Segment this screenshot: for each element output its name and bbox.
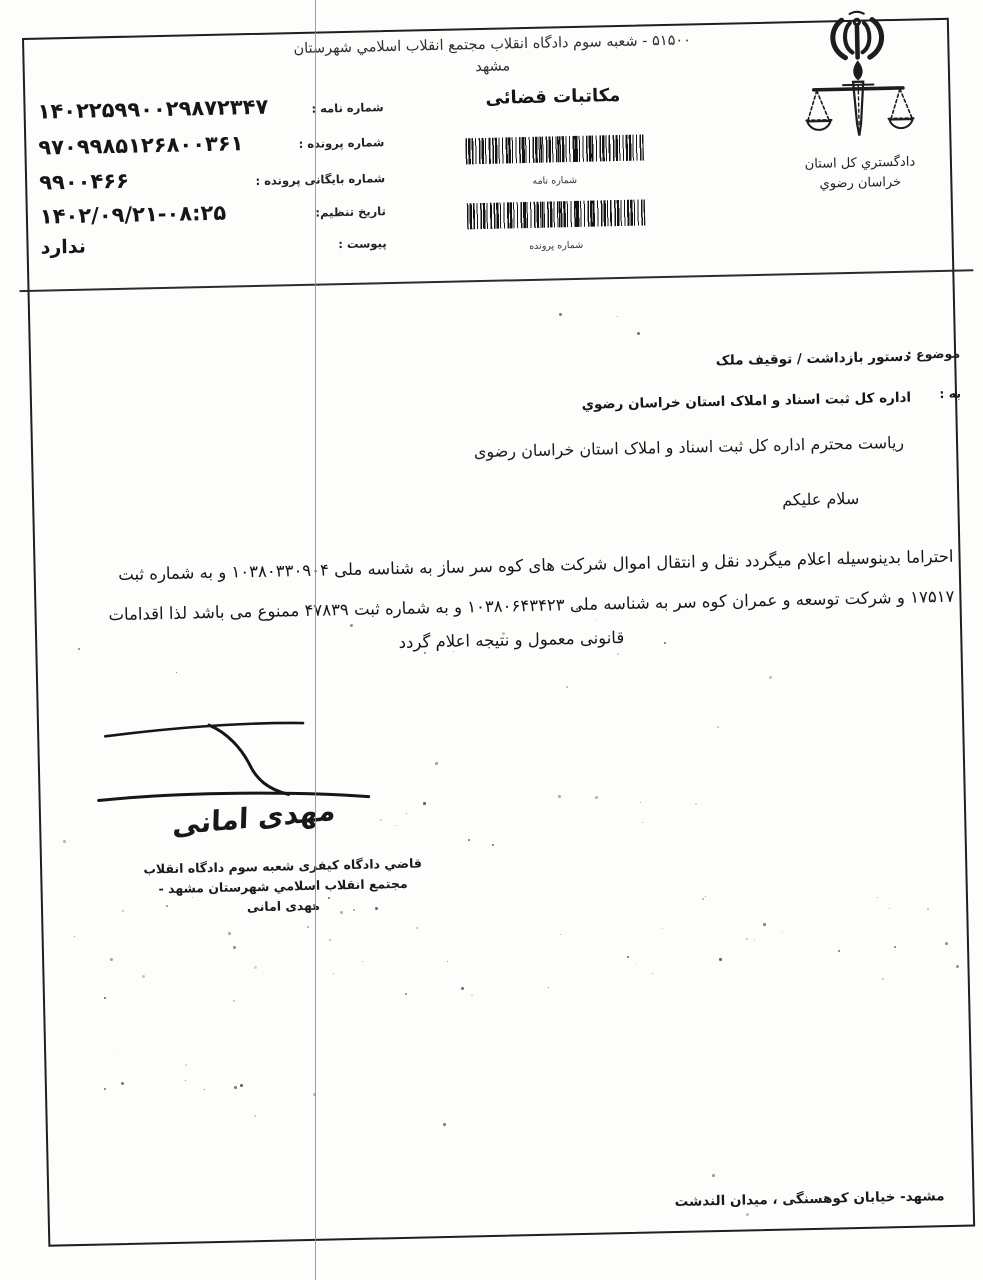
org-line2: خراسان رضوي: [795, 172, 925, 194]
center-title-block: مکاتبات قضائی شماره نامه شماره پرونده: [440, 84, 669, 254]
case-number-barcode-label: شماره پرونده: [444, 238, 669, 254]
document-title: مکاتبات قضائی: [440, 84, 665, 110]
judiciary-emblem-block: دادگستري کل استان خراسان رضوي: [792, 8, 926, 194]
letter-number-barcode: [465, 134, 644, 164]
body-text-line2: ۱۷۵۱۷ و شرکت توسعه و عمران کوه سر به شنا…: [108, 587, 954, 624]
org-line1: دادگستري کل استان: [795, 152, 925, 174]
letter-number-barcode-label: شماره نامه: [442, 173, 667, 189]
date-label: تاریخ تنظیم:: [315, 204, 386, 220]
case-number-value: ۹۷۰۹۹۸۵۱۲۶۸۰۰۳۶۱: [38, 131, 244, 159]
to-label: به :: [939, 386, 961, 401]
justice-scales-emblem-icon: [801, 9, 916, 153]
attachment-value: ندارد: [40, 236, 86, 259]
court-branch-header: ۵۱۵۰۰ - شعبه سوم دادگاه انقلاب مجتمع انق…: [172, 27, 813, 86]
subject-value: دستور بازداشت / توقیف ملک: [716, 349, 911, 369]
greeting-line: سلام علیکم: [782, 489, 860, 510]
body-text-line1: احتراما بدینوسیله اعلام میگردد نقل و انت…: [118, 547, 954, 584]
letter-number-label: شماره نامه :: [311, 100, 383, 116]
case-number-label: شماره پرونده :: [298, 135, 384, 151]
to-value: اداره کل ثبت اسناد و املاک استان خراسان …: [582, 390, 912, 413]
date-value: ۱۴۰۲/۰۹/۲۱-۰۸:۲۵: [40, 201, 227, 229]
scan-fold-line: [315, 0, 316, 1280]
archive-number-value: ۹۹۰۰۴۶۶: [39, 169, 129, 195]
court-address-footer: مشهد- خیابان کوهسنگی ، میدان الندشت: [675, 1188, 945, 1210]
judge-title-block: قاضي دادگاه کیفری شعبه سوم دادگاه انقلاب…: [130, 853, 436, 920]
body-text-line3: قانونی معمول و نتیجه اعلام گردد: [398, 628, 624, 652]
document-border-frame: ۵۱۵۰۰ - شعبه سوم دادگاه انقلاب مجتمع انق…: [22, 18, 975, 1247]
case-number-barcode: [466, 199, 645, 229]
org-caption: دادگستري کل استان خراسان رضوي: [795, 152, 926, 194]
attachment-label: پیوست :: [338, 236, 387, 251]
letter-number-value: ۱۴۰۲۲۵۹۹۰۰۲۹۸۷۲۳۴۷: [37, 95, 268, 124]
scanned-document-page: ۵۱۵۰۰ - شعبه سوم دادگاه انقلاب مجتمع انق…: [0, 0, 983, 1280]
header-divider-line: [19, 269, 973, 292]
addressee-line: ریاست محترم اداره کل ثبت اسناد و املاک ا…: [474, 433, 905, 461]
archive-number-label: شماره بایگانی پرونده :: [255, 171, 385, 188]
subject-label: موضوع :: [907, 346, 961, 362]
